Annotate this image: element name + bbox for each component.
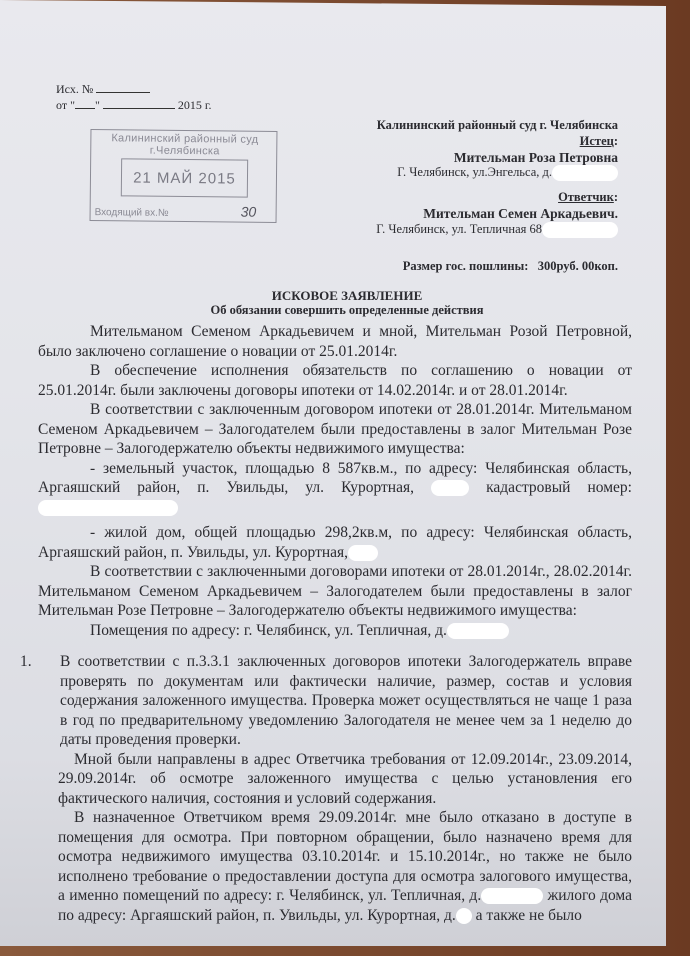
document-subtitle: Об обязании совершить определенные дейст… bbox=[14, 303, 680, 318]
stamp-date: 21 МАЙ 2015 bbox=[133, 169, 236, 187]
defendant-label-text: Ответчик bbox=[558, 190, 614, 204]
paragraph-house: - жилой дом, общей площадью 298,2кв.м, п… bbox=[38, 523, 632, 562]
redaction bbox=[431, 480, 469, 496]
from-label: от bbox=[56, 98, 67, 112]
document-body: Мительманом Семеном Аркадьевичем и мной,… bbox=[38, 322, 632, 640]
month-blank bbox=[103, 108, 175, 109]
defendant-name: Мительман Семен Аркадьевич. bbox=[423, 206, 618, 222]
item-paragraph-text-3: а также не было bbox=[476, 907, 582, 924]
document-title: ИСКОВОЕ ЗАЯВЛЕНИЕ bbox=[14, 288, 680, 304]
quote-open: " bbox=[70, 98, 75, 112]
plaintiff-label-text: Истец bbox=[580, 134, 614, 148]
redacted-line bbox=[38, 498, 632, 518]
outgoing-number: Исх. № bbox=[56, 82, 150, 97]
year-label: 2015 г. bbox=[178, 98, 212, 112]
defendant-address: Г. Челябинск, ул. Тепличная 68 bbox=[376, 222, 618, 238]
paragraph-premises: Помещения по адресу: г. Челябинск, ул. Т… bbox=[38, 621, 632, 641]
redaction bbox=[552, 165, 618, 181]
redaction bbox=[38, 500, 178, 516]
item-paragraph: В назначенное Ответчиком время 29.09.201… bbox=[58, 808, 632, 925]
state-fee-label: Размер гос. пошлины: bbox=[403, 259, 529, 273]
stamp-date-box: 21 МАЙ 2015 bbox=[121, 158, 248, 197]
redaction bbox=[542, 222, 618, 238]
paragraph: В соответствии с заключенным договором и… bbox=[38, 400, 632, 459]
paragraph: В соответствии с заключенными договорами… bbox=[38, 562, 632, 621]
cadastral-label: кадастровый номер: bbox=[486, 479, 632, 496]
house-text: - жилой дом, общей площадью 298,2кв.м, п… bbox=[38, 524, 632, 561]
document-page: Исх. № от "" 2015 г. Калининский районны… bbox=[0, 0, 666, 946]
stamp-incoming-number: 30 bbox=[241, 204, 257, 220]
defendant-address-text: Г. Челябинск, ул. Тепличная 68 bbox=[376, 222, 542, 236]
outgoing-number-label: Исх. № bbox=[56, 82, 93, 96]
paragraph: Мительманом Семеном Аркадьевичем и мной,… bbox=[38, 322, 632, 361]
item-number: 1. bbox=[20, 652, 32, 672]
item-paragraph: Мной были направлены в адрес Ответчика т… bbox=[58, 750, 632, 809]
court-name: Калининский районный суд г. Челябинска bbox=[377, 118, 618, 133]
quote-close: " bbox=[95, 98, 100, 112]
redaction bbox=[348, 545, 378, 561]
plaintiff-name: Мительман Роза Петровна bbox=[454, 150, 618, 166]
paragraph-land-plot: - земельный участок, площадью 8 587кв.м.… bbox=[38, 459, 632, 498]
state-fee-value: 300руб. 00коп. bbox=[538, 259, 618, 273]
court-received-stamp: Калининский районный суд г.Челябинска 21… bbox=[90, 129, 278, 223]
state-fee: Размер гос. пошлины: 300руб. 00коп. bbox=[403, 259, 618, 274]
plaintiff-address-text: Г. Челябинск, ул.Энгельса, д. bbox=[397, 165, 552, 179]
plaintiff-label: Истец: bbox=[580, 134, 618, 149]
day-blank bbox=[75, 108, 95, 109]
redaction bbox=[447, 623, 509, 639]
item-text: В соответствии с п.3.3.1 заключенных дог… bbox=[60, 652, 632, 750]
defendant-label: Ответчик: bbox=[558, 190, 618, 205]
redaction bbox=[456, 908, 472, 924]
stamp-court-name: Калининский районный суд г.Челябинска bbox=[97, 132, 272, 158]
numbered-item: 1. В соответствии с п.3.3.1 заключенных … bbox=[20, 652, 632, 925]
plaintiff-address: Г. Челябинск, ул.Энгельса, д. bbox=[397, 165, 618, 181]
outgoing-number-blank bbox=[96, 92, 150, 93]
outgoing-date: от "" 2015 г. bbox=[56, 98, 211, 113]
paragraph: В обеспечение исполнения обязательств по… bbox=[38, 361, 632, 400]
redaction bbox=[481, 888, 543, 904]
premises-text: Помещения по адресу: г. Челябинск, ул. Т… bbox=[90, 622, 447, 639]
item-paragraph-text: В назначенное Ответчиком время 29.09.201… bbox=[58, 809, 632, 904]
stamp-incoming-label: Входящий вх.№ bbox=[95, 207, 169, 219]
